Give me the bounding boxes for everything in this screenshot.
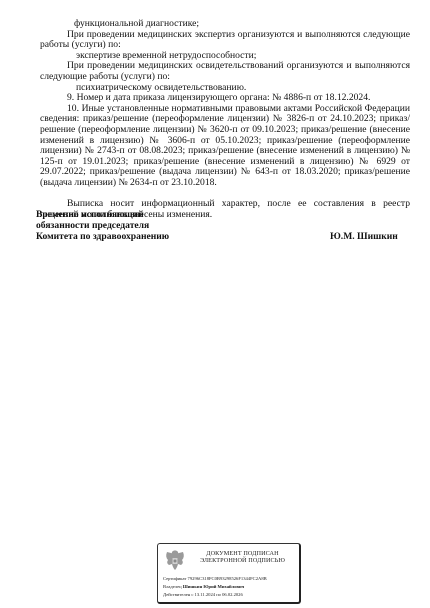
signatory-position-line-2: обязанности председателя (36, 220, 411, 231)
owner-value: Шишкин Юрий Михайлович (183, 584, 244, 589)
owner-label: Владелец (163, 584, 182, 589)
validity-value: с 13.11.2024 по 06.02.2026 (191, 592, 242, 597)
coat-of-arms-icon (164, 548, 186, 572)
paragraph-functional-diagnostics: функциональной диагностике; (40, 19, 410, 30)
stamp-details: Сертификат 79296C318FC0B93298526F1344FC2… (163, 575, 297, 599)
certificate-value: 79296C318FC0B93298526F1344FC2A8B (188, 576, 267, 581)
certificate-row: Сертификат 79296C318FC0B93298526F1344FC2… (163, 575, 297, 583)
signature-block: Временно исполняющий обязанности председ… (36, 209, 411, 242)
stamp-title: ДОКУМЕНТ ПОДПИСАН ЭЛЕКТРОННОЙ ПОДПИСЬЮ (190, 550, 295, 564)
paragraph-other-info: 10. Иные установленные нормативными прав… (40, 104, 410, 189)
paragraph-medical-expertise: При проведении медицинских экспертиз орг… (40, 30, 410, 51)
document-body: функциональной диагностике; При проведен… (40, 19, 410, 220)
paragraph-medical-examinations: При проведении медицинских освидетельств… (40, 61, 410, 82)
stamp-title-line-2: ЭЛЕКТРОННОЙ ПОДПИСЬЮ (190, 557, 295, 564)
certificate-label: Сертификат (163, 576, 186, 581)
electronic-signature-stamp: ДОКУМЕНТ ПОДПИСАН ЭЛЕКТРОННОЙ ПОДПИСЬЮ С… (157, 543, 301, 604)
validity-label: Действителен (163, 592, 190, 597)
owner-row: Владелец Шишкин Юрий Михайлович (163, 583, 297, 591)
document-page: функциональной диагностике; При проведен… (0, 0, 430, 608)
signatory-position-line-1: Временно исполняющий (36, 209, 411, 220)
validity-row: Действителен с 13.11.2024 по 06.02.2026 (163, 591, 297, 599)
signatory-name: Ю.М. Шишкин (330, 231, 398, 242)
